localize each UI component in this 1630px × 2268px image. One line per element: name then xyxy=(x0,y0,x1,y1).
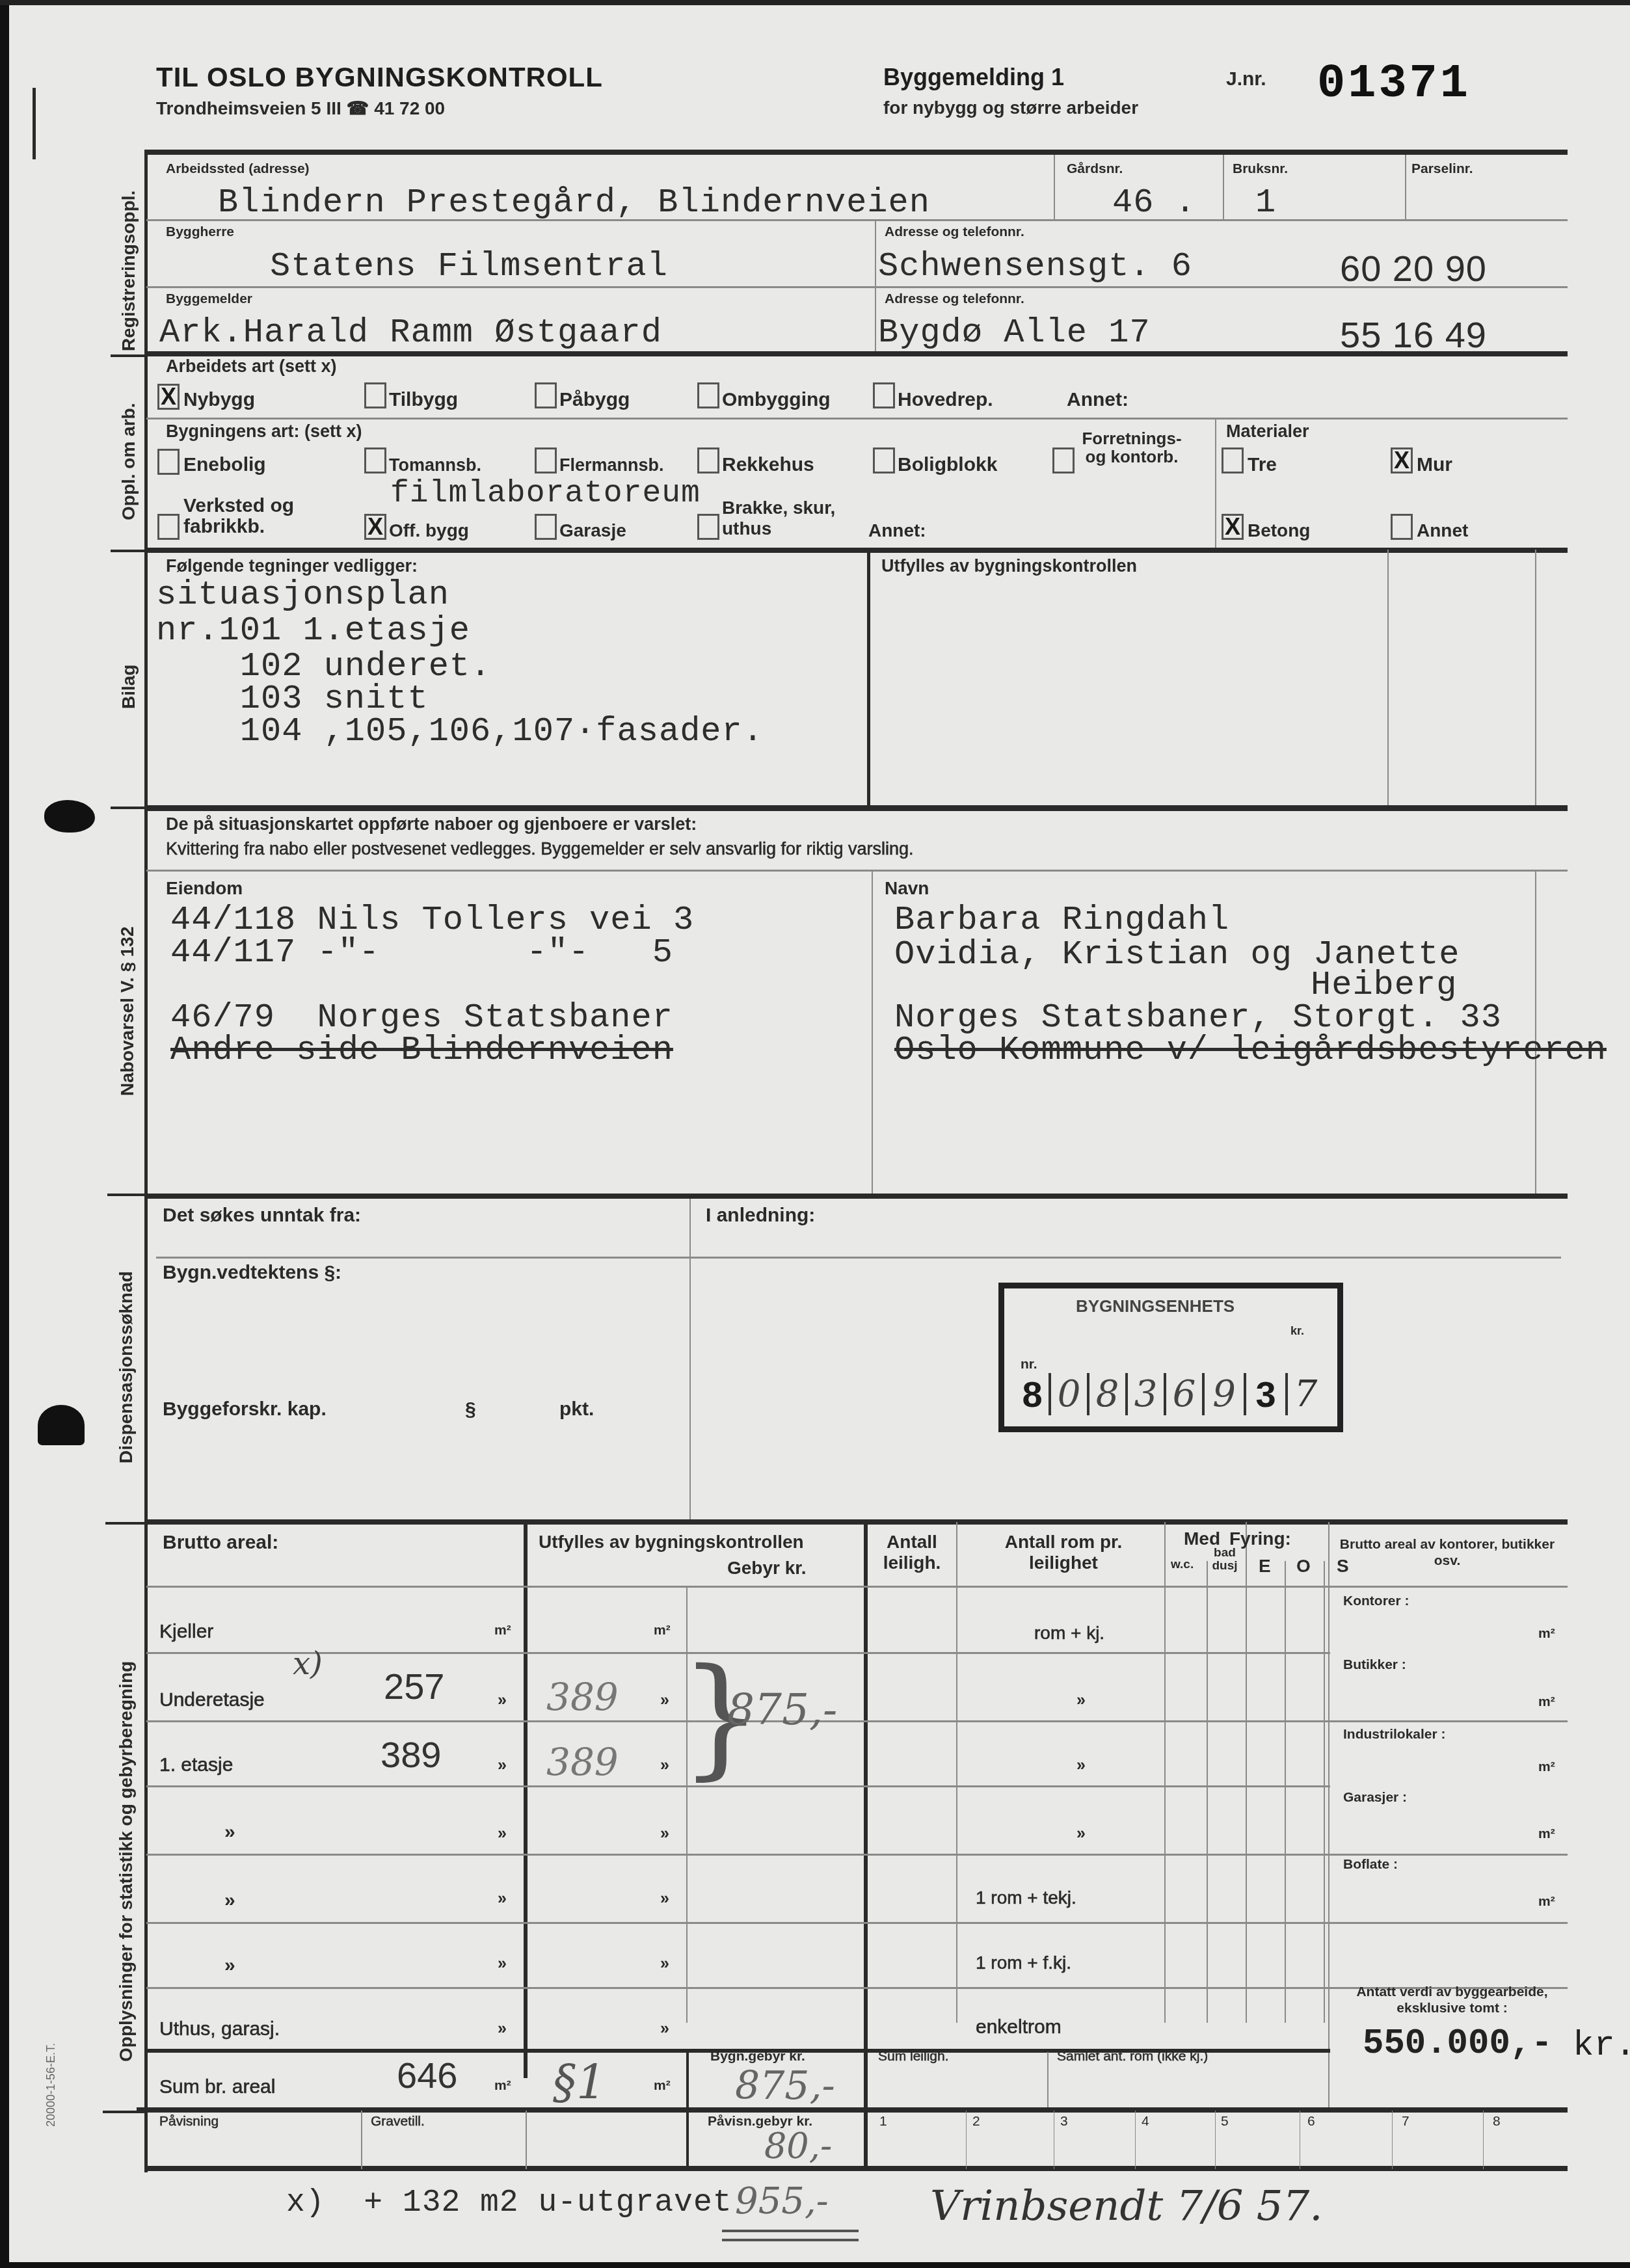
code-1: 1 xyxy=(879,2114,887,2129)
divider xyxy=(864,1522,868,2166)
industrilokaler-label: Industrilokaler : xyxy=(1343,1727,1446,1742)
sum-leil-label: Sum leiligh. xyxy=(878,2049,949,2064)
unntak-label: Det søkes unntak fra: xyxy=(163,1205,361,1227)
divider xyxy=(1054,155,1055,220)
frame-top xyxy=(146,150,1568,155)
section-divider xyxy=(146,1519,1568,1525)
stamp-digit: 3 xyxy=(1128,1373,1166,1415)
stamp-digit: 8 xyxy=(1016,1373,1051,1415)
divider xyxy=(146,1586,1568,1588)
option-hovedrep: Hovedrep. xyxy=(898,389,993,411)
code-2: 2 xyxy=(972,2114,980,2129)
antatt-verdi-label: Antatt verdi av byggearbeide, eksklusive… xyxy=(1340,1984,1564,2016)
footer-total[interactable]: 955,- xyxy=(735,2180,829,2222)
brutto-kontor-label: Brutto areal av kontorer, butikker osv. xyxy=(1337,1536,1558,1569)
section-divider xyxy=(146,805,1568,811)
divider xyxy=(1246,1522,1247,2023)
arbeidssted-value[interactable]: Blindern Prestegård, Blindernveien xyxy=(218,183,930,222)
fyring-label: Fyring: xyxy=(1229,1528,1291,1549)
form-subtitle: for nybygg og større arbeider xyxy=(883,98,1138,118)
sum-ctrl[interactable]: §1 xyxy=(553,2055,606,2110)
x-mark: x) xyxy=(293,1646,323,1682)
bilag-label: Følgende tegninger vedligger: xyxy=(166,556,418,576)
row-ditto-2: » xyxy=(224,1889,235,1912)
arbeidssted-label: Arbeidssted (adresse) xyxy=(166,161,310,177)
ditto-mark: » xyxy=(498,1824,507,1843)
stamp-title: BYGNINGSENHETS xyxy=(1076,1296,1235,1316)
ditto-mark: » xyxy=(660,2020,669,2038)
divider xyxy=(1285,1561,1286,2023)
areal-1etasje[interactable]: 389 xyxy=(381,1733,441,1776)
page-bottom-edge xyxy=(0,2262,1630,2268)
byggherre-tlf[interactable]: 60 20 90 xyxy=(1340,247,1487,289)
annet-label: Annet: xyxy=(1067,389,1129,411)
option-mur: Mur xyxy=(1417,454,1452,476)
stamp-digit: 7 xyxy=(1288,1373,1324,1415)
divider xyxy=(1300,2111,1300,2169)
divider xyxy=(1047,2052,1049,2107)
bilag-line-5[interactable]: 104 ,105,106,107·fasader. xyxy=(156,712,764,751)
ditto-mark: » xyxy=(660,1889,669,1908)
forskr-label: Byggeforskr. kap. xyxy=(163,1398,327,1421)
print-code: 20000-1-56-E.T. xyxy=(44,2043,58,2127)
checkbox-pabygg[interactable] xyxy=(535,382,557,408)
rom-row-1: rom + kj. xyxy=(1034,1623,1104,1644)
antatt-verdi-value[interactable]: 550.000,- xyxy=(1363,2024,1553,2064)
divider xyxy=(1207,1561,1208,2023)
form-title: Byggemelding 1 xyxy=(883,64,1064,91)
checkbox-forretning[interactable] xyxy=(1052,447,1075,474)
gravetill-label: Gravetill. xyxy=(371,2114,425,2129)
option-ombygging: Ombygging xyxy=(722,389,831,411)
stamp-digit: 6 xyxy=(1166,1373,1205,1415)
byggemelder-adr-value[interactable]: Bygdø Alle 17 xyxy=(878,314,1151,352)
off-bygg-note[interactable]: filmlaboratoreum xyxy=(390,476,701,511)
ctrl-underetasje[interactable]: 389 xyxy=(546,1675,619,1719)
rom-row-3: » xyxy=(1076,1756,1086,1775)
checkbox-enebolig[interactable] xyxy=(157,449,180,475)
samlet-rom-label: Samlet ant. rom (ikke kj.) xyxy=(1057,2049,1208,2064)
divider xyxy=(526,2111,527,2169)
nabo-navn-1[interactable]: Barbara Ringdahl xyxy=(894,901,1229,939)
kontorer-label: Kontorer : xyxy=(1343,1594,1410,1609)
bruksnr-value[interactable]: 1 xyxy=(1255,183,1276,222)
footer-sent-note: Vrinbsendt 7/6 57. xyxy=(930,2182,1323,2230)
pavisn-gebyr-value[interactable]: 80,- xyxy=(764,2126,832,2167)
wc-label: w.c. xyxy=(1171,1558,1194,1572)
ditto-mark: » xyxy=(660,1691,669,1710)
vedtekt-label: Bygn.vedtektens §: xyxy=(163,1262,341,1284)
office-address: Trondheimsveien 5 III ☎ 41 72 00 xyxy=(156,98,445,119)
rom-row-5: 1 rom + tekj. xyxy=(976,1888,1076,1908)
checkbox-brakke[interactable] xyxy=(697,514,719,540)
nabo-navn-5[interactable]: Oslo Kommune v/ leigårdsbestyreren xyxy=(894,1031,1607,1069)
gardsnr-value[interactable]: 46 . xyxy=(1112,183,1196,222)
ditto-mark: » xyxy=(660,1954,669,1973)
divider xyxy=(1215,2111,1216,2169)
page-edge xyxy=(0,0,9,2268)
section-divider xyxy=(146,351,1568,356)
divider xyxy=(146,1922,1568,1924)
ditto-mark: » xyxy=(498,1889,507,1908)
divider xyxy=(966,2111,967,2169)
antall-leil-label: Antall leiligh. xyxy=(873,1532,951,1573)
m2-unit: m² xyxy=(1538,1626,1555,1642)
code-5: 5 xyxy=(1221,2114,1229,2129)
m2-unit: m² xyxy=(1538,1694,1555,1710)
divider xyxy=(146,1854,1568,1856)
ditto-mark: » xyxy=(498,1691,507,1710)
divider xyxy=(867,550,870,807)
checkbox-tomannsb[interactable] xyxy=(364,447,386,474)
bilag-control-label: Utfylles av bygningskontrollen xyxy=(881,556,1137,576)
stamp-digit: 3 xyxy=(1246,1373,1288,1415)
byggherre-value[interactable]: Statens Filmsentral xyxy=(270,247,668,286)
code-6: 6 xyxy=(1307,2114,1315,2129)
option-pabygg: Påbygg xyxy=(559,389,630,411)
option-annet-mat: Annet xyxy=(1417,520,1468,541)
butikker-label: Butikker : xyxy=(1343,1657,1406,1673)
checkbox-off-bygg[interactable] xyxy=(364,514,386,540)
rom-row-4: » xyxy=(1076,1824,1086,1843)
option-enebolig: Enebolig xyxy=(183,454,266,476)
row-ditto-3: » xyxy=(224,1954,235,1977)
double-underline xyxy=(722,2230,859,2232)
divider xyxy=(146,219,1568,221)
m2-unit: m² xyxy=(654,1623,671,1638)
divider xyxy=(1392,2111,1393,2169)
option-tomannsb: Tomannsb. xyxy=(389,455,481,475)
margin-mark xyxy=(33,88,36,159)
divider xyxy=(1387,550,1389,807)
double-underline xyxy=(722,2239,859,2241)
m2-unit: m² xyxy=(1538,1759,1555,1775)
divider xyxy=(1223,155,1224,220)
navn-label: Navn xyxy=(885,878,929,899)
gebyr-bracket-value[interactable]: 875,- xyxy=(727,1685,837,1735)
divider xyxy=(1215,420,1216,550)
side-divider xyxy=(105,1522,146,1525)
antall-rom-label: Antall rom pr. leilighet xyxy=(969,1532,1158,1573)
divider xyxy=(1164,1522,1166,2023)
byggemelder-label: Byggemelder xyxy=(166,291,252,307)
checkbox-hovedrep[interactable] xyxy=(873,382,895,408)
divider xyxy=(361,2111,362,2169)
section-divider xyxy=(146,548,1568,553)
stat-control-label: Utfylles av bygningskontrollen xyxy=(539,1532,804,1553)
side-label-statistikk: Opplysninger for statistikk og gebyrbere… xyxy=(116,1661,137,2062)
option-brakke: Brakke, skur, uthus xyxy=(722,498,865,539)
anledning-label: I anledning: xyxy=(706,1205,815,1227)
divider xyxy=(156,1257,1561,1259)
divider xyxy=(524,1522,528,2078)
side-label-bilag: Bilag xyxy=(118,665,139,709)
byggemelder-tlf[interactable]: 55 16 49 xyxy=(1340,314,1487,356)
bad-label: bad dusj xyxy=(1209,1547,1241,1573)
punch-hole xyxy=(38,1405,85,1445)
pkt-label: pkt. xyxy=(559,1398,594,1421)
parsellnr-label: Parselinr. xyxy=(1411,161,1473,177)
side-label-nabovarsel: Nabovarsel V. § 132 xyxy=(117,927,138,1096)
row-ditto-1: » xyxy=(224,1821,235,1843)
divider xyxy=(1054,2111,1054,2169)
section-divider xyxy=(137,2107,1568,2113)
checkbox-mur[interactable] xyxy=(1391,447,1413,474)
divider xyxy=(689,1199,691,1524)
footer-note: x) + 132 m2 u-utgravet xyxy=(286,2185,732,2221)
divider xyxy=(1135,2111,1136,2169)
ditto-mark: » xyxy=(498,1756,507,1775)
option-nybygg: Nybygg xyxy=(183,389,255,411)
checkbox-nybygg[interactable] xyxy=(157,384,180,410)
nabo-eiendom-5[interactable]: Andre side Blindernveien xyxy=(170,1031,673,1069)
m2-unit: m² xyxy=(494,2078,511,2094)
checkbox-annet-mat[interactable] xyxy=(1391,514,1413,540)
divider xyxy=(956,1522,957,2023)
sum-value[interactable]: 646 xyxy=(397,2054,457,2096)
divider xyxy=(146,1720,1568,1722)
byggemelder-adr-label: Adresse og telefonnr. xyxy=(885,291,1024,307)
checkbox-betong[interactable] xyxy=(1222,514,1244,540)
stamp-kr-label: kr. xyxy=(1290,1324,1304,1338)
bygningsenhet-stamp: BYGNINGSENHETS nr. kr. 8 0 8 3 6 9 3 7 xyxy=(998,1283,1343,1432)
divider xyxy=(1535,550,1536,807)
bygn-gebyr-label: Bygn.gebyr kr. xyxy=(710,2049,805,2064)
option-tilbygg: Tilbygg xyxy=(389,389,458,411)
divider xyxy=(146,286,1568,288)
jnr-label: J.nr. xyxy=(1226,68,1266,90)
checkbox-rekkehus[interactable] xyxy=(697,447,719,474)
arbeidets-art-label: Arbeidets art (sett x) xyxy=(166,356,337,377)
checkbox-boligblokk[interactable] xyxy=(873,447,895,474)
antatt-verdi-unit: kr. xyxy=(1573,2026,1630,2066)
ditto-mark: » xyxy=(498,2020,507,2038)
code-3: 3 xyxy=(1060,2114,1068,2129)
bygn-gebyr-value[interactable]: 875,- xyxy=(735,2063,835,2109)
ditto-mark: » xyxy=(660,1824,669,1843)
checkbox-flermannsb[interactable] xyxy=(535,447,557,474)
divider xyxy=(146,870,1568,872)
nabovarsel-note: Kvittering fra nabo eller postvesenet ve… xyxy=(166,839,914,859)
m2-unit: m² xyxy=(654,2078,671,2094)
nabo-eiendom-2[interactable]: 44/117 -"- -"- 5 xyxy=(170,933,673,972)
side-label-dispensasjon: Dispensasjonssøknad xyxy=(116,1271,137,1463)
areal-underetasje[interactable]: 257 xyxy=(384,1665,444,1707)
section-divider xyxy=(146,2166,1568,2171)
side-divider xyxy=(107,1194,146,1196)
fyring-o: O xyxy=(1296,1556,1311,1577)
stamp-digit: 8 xyxy=(1089,1373,1128,1415)
side-divider xyxy=(111,550,146,552)
ditto-mark: » xyxy=(498,1954,507,1973)
checkbox-verksted[interactable] xyxy=(157,514,180,540)
divider xyxy=(1483,2111,1484,2169)
ditto-mark: » xyxy=(660,1756,669,1775)
code-7: 7 xyxy=(1402,2114,1410,2129)
side-divider xyxy=(111,807,146,809)
side-label-oppl: Oppl. om arb. xyxy=(118,403,139,520)
stamp-digits: 8 0 8 3 6 9 3 7 xyxy=(1016,1373,1324,1415)
divider xyxy=(872,872,873,1194)
option-flermannsb: Flermannsb. xyxy=(559,455,664,475)
divider xyxy=(1324,1561,1325,2023)
punch-hole xyxy=(44,800,95,833)
stamp-digit: 9 xyxy=(1205,1373,1246,1415)
option-off-bygg: Off. bygg xyxy=(389,520,469,541)
gebyr-label: Gebyr kr. xyxy=(727,1558,806,1579)
rom-row-7: enkeltrom xyxy=(976,2016,1062,2038)
option-rekkehus: Rekkehus xyxy=(722,454,814,476)
row-underetasje: Underetasje xyxy=(159,1689,265,1711)
checkbox-garasje[interactable] xyxy=(535,514,557,540)
bilag-line-2[interactable]: nr.101 1.etasje xyxy=(156,611,470,650)
bilag-line-1[interactable]: situasjonsplan xyxy=(156,576,449,614)
bygningens-art-label: Bygningens art: (sett x) xyxy=(166,421,362,442)
annet2-label: Annet: xyxy=(868,520,926,541)
option-verksted: Verksted og fabrikkb. xyxy=(183,496,301,537)
ctrl-1etasje[interactable]: 389 xyxy=(546,1740,619,1784)
office-title: TIL OSLO BYGNINGSKONTROLL xyxy=(156,62,603,93)
m2-unit: m² xyxy=(1538,1826,1555,1842)
garasjer-label: Garasjer : xyxy=(1343,1790,1407,1806)
boflate-label: Boflate : xyxy=(1343,1857,1398,1873)
row-kjeller: Kjeller xyxy=(159,1621,213,1643)
checkbox-tilbygg[interactable] xyxy=(364,382,386,408)
jnr-value: 01371 xyxy=(1317,57,1471,111)
divider xyxy=(1328,1522,1329,2107)
fyring-e: E xyxy=(1259,1556,1271,1577)
gardsnr-label: Gårdsnr. xyxy=(1067,161,1123,177)
checkbox-ombygging[interactable] xyxy=(697,382,719,408)
rom-row-2: » xyxy=(1076,1691,1086,1710)
checkbox-tre[interactable] xyxy=(1222,447,1244,474)
stamp-digit: 0 xyxy=(1051,1373,1089,1415)
brutto-label: Brutto areal: xyxy=(163,1532,278,1554)
byggherre-adr-label: Adresse og telefonnr. xyxy=(885,224,1024,240)
frame-left xyxy=(144,150,148,2172)
m2-unit: m² xyxy=(494,1623,511,1638)
row-1etasje: 1. etasje xyxy=(159,1754,233,1776)
bruksnr-label: Bruksnr. xyxy=(1233,161,1288,177)
pavisning-label: Påvisning xyxy=(159,2114,219,2129)
option-forretning: Forretnings- og kontorb. xyxy=(1076,429,1187,466)
side-divider xyxy=(111,354,146,357)
option-garasje: Garasje xyxy=(559,520,626,541)
byggherre-adr-value[interactable]: Schwensensgt. 6 xyxy=(878,247,1192,286)
sum-label: Sum br. areal xyxy=(159,2076,275,2098)
code-4: 4 xyxy=(1142,2114,1149,2129)
materialer-label: Materialer xyxy=(1226,421,1309,442)
nabovarsel-heading: De på situasjonskartet oppførte naboer o… xyxy=(166,814,697,834)
option-boligblokk: Boligblokk xyxy=(898,454,997,476)
option-betong: Betong xyxy=(1248,520,1310,541)
m2-unit: m² xyxy=(1538,1894,1555,1910)
paragraf-label: § xyxy=(465,1398,476,1421)
divider xyxy=(1405,155,1406,220)
code-8: 8 xyxy=(1493,2114,1501,2129)
byggherre-label: Byggherre xyxy=(166,224,234,240)
side-label-registrering: Registreringsoppl. xyxy=(118,191,139,351)
section-divider xyxy=(146,1194,1568,1199)
stamp-nr-label: nr. xyxy=(1021,1357,1037,1372)
byggemelder-value[interactable]: Ark.Harald Ramm Østgaard xyxy=(159,314,662,352)
row-uthus: Uthus, garasj. xyxy=(159,2018,280,2040)
rom-row-6: 1 rom + f.kj. xyxy=(976,1953,1071,1973)
divider xyxy=(146,418,1568,420)
option-tre: Tre xyxy=(1248,454,1277,476)
page-top-edge xyxy=(0,0,1630,5)
eiendom-label: Eiendom xyxy=(166,878,243,899)
